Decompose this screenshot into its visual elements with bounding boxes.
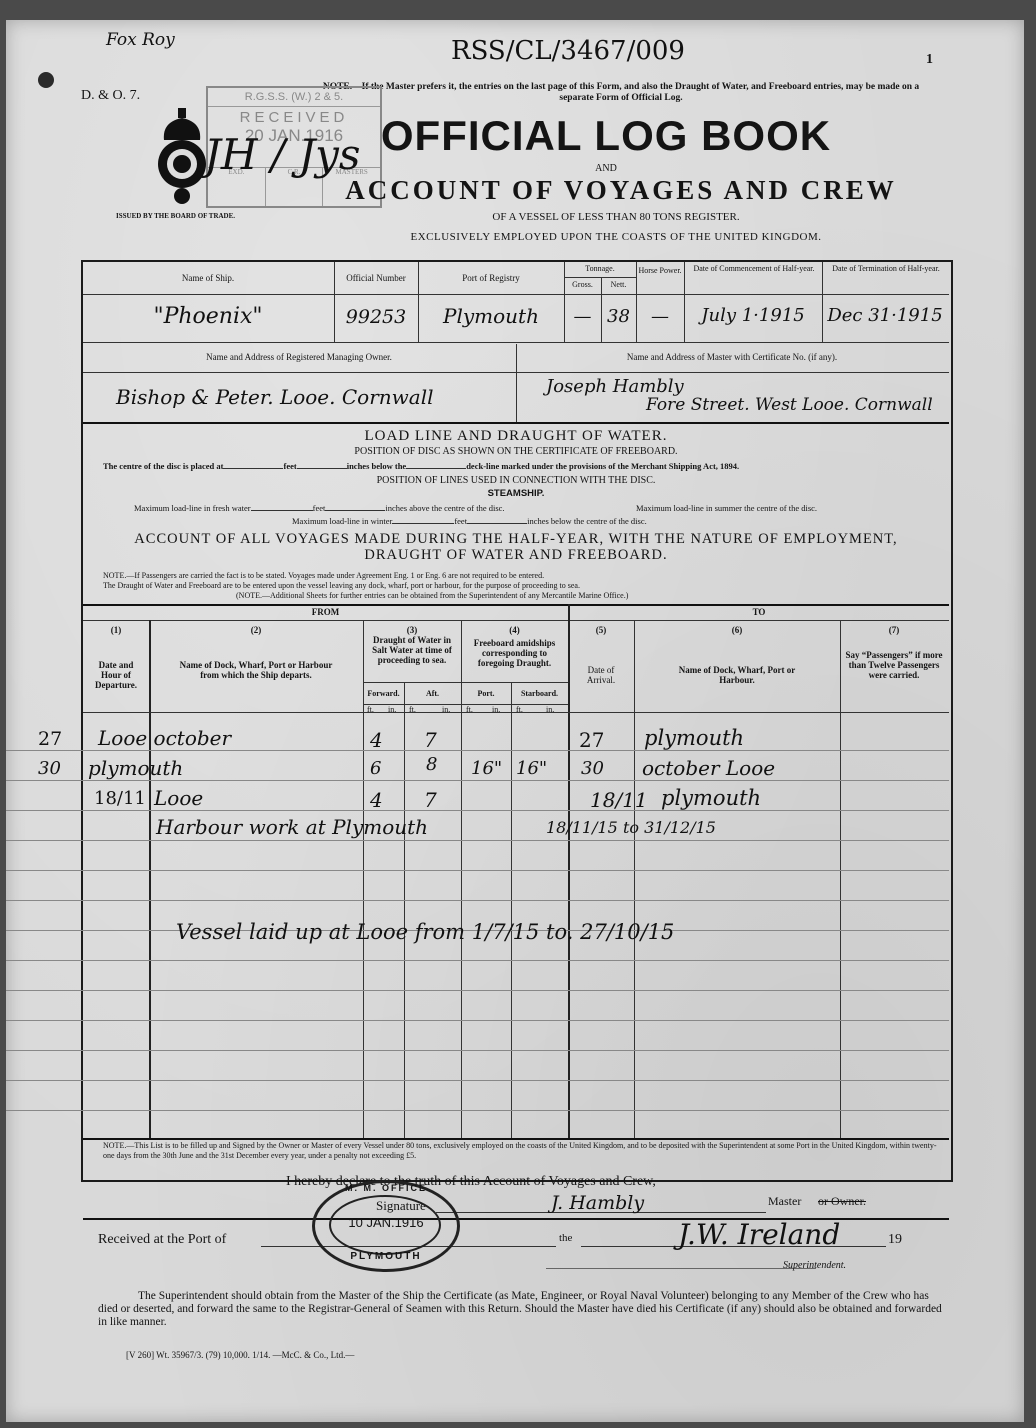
commencement-date-value: July 1·1915	[684, 305, 822, 326]
royal-crest-icon	[156, 108, 208, 206]
summer-line: Maximum load-line in summer the centre o…	[636, 503, 817, 513]
sub-forward: Forward.	[363, 689, 404, 698]
document-subtitle: ACCOUNT OF VOYAGES AND CREW	[316, 175, 926, 206]
header-note: NOTE.—If the Master prefers it, the entr…	[316, 82, 926, 104]
subtitle-line-2: EXCLUSIVELY EMPLOYED UPON THE COASTS OF …	[336, 231, 896, 243]
header-commencement: Date of Commencement of Half-year.	[688, 264, 820, 273]
unit-ft: ft.	[466, 705, 473, 714]
disc-position-line: The centre of the disc is placed atfeeti…	[103, 461, 739, 471]
voyages-note-3: (NOTE.—Additional Sheets for further ent…	[236, 591, 628, 600]
unit-in: in.	[388, 705, 396, 714]
unit-in: in.	[546, 705, 554, 714]
initials-signature: JH / Jys	[204, 130, 360, 179]
header-termination: Date of Termination of Half-year.	[826, 264, 946, 273]
header-net: Nett.	[601, 280, 636, 289]
col4-header: Freeboard amidships corresponding to for…	[463, 638, 566, 668]
col7-number: (7)	[840, 625, 948, 635]
header-horse-power: Horse Power.	[638, 266, 682, 275]
master-label: Name and Address of Master with Certific…	[516, 352, 948, 362]
ship-name-value: "Phoenix"	[83, 304, 333, 329]
net-tonnage-value: 38	[601, 306, 636, 327]
document-title: OFFICIAL LOG BOOK	[346, 112, 866, 160]
superintendent-label: Superintendent.	[783, 1260, 846, 1271]
form-code: D. & O. 7.	[81, 88, 140, 104]
sub-starboard: Starboard.	[511, 689, 568, 698]
disc-heading: POSITION OF DISC AS SHOWN ON THE CERTIFI…	[83, 446, 949, 457]
voyages-title: ACCOUNT OF ALL VOYAGES MADE DURING THE H…	[106, 531, 926, 563]
from-header: FROM	[83, 607, 568, 617]
issued-by: ISSUED BY THE BOARD OF TRADE.	[116, 212, 235, 220]
winter-line: Maximum load-line in winterfeetinches be…	[292, 516, 647, 526]
unit-ft: ft.	[367, 705, 374, 714]
header-ship-name: Name of Ship.	[83, 273, 333, 283]
superintendent-signature: J.W. Ireland	[678, 1218, 840, 1251]
owner-role-struck: or Owner.	[818, 1194, 866, 1209]
sub-port: Port.	[461, 689, 511, 698]
owner-value: Bishop & Peter. Looe. Cornwall	[116, 385, 433, 409]
col1-number: (1)	[83, 625, 149, 635]
unit-in: in.	[492, 705, 500, 714]
master-address-value: Fore Street. West Looe. Cornwall	[646, 395, 933, 415]
horse-power-value: —	[636, 306, 684, 327]
col2-number: (2)	[149, 625, 363, 635]
col6-header: Name of Dock, Wharf, Port or Harbour.	[664, 665, 810, 685]
header-gross: Gross.	[564, 280, 601, 289]
master-signature: J. Hambly	[551, 1192, 644, 1214]
header-port: Port of Registry	[418, 273, 564, 283]
handwritten-name-annotation: Fox Roy	[106, 30, 175, 50]
col6-number: (6)	[634, 625, 840, 635]
print-code: [V 260] Wt. 35967/3. (79) 10,000. 1/14. …	[126, 1350, 354, 1360]
reference-number: RSS/CL/3467/009	[451, 36, 685, 66]
col1-header: Date and Hour of Departure.	[88, 660, 144, 690]
page-number: 1	[926, 52, 933, 68]
year-prefix: 19	[888, 1232, 902, 1248]
gross-tonnage-value: —	[564, 306, 601, 327]
port-value: Plymouth	[418, 304, 564, 328]
col2-header: Name of Dock, Wharf, Port or Harbour fro…	[174, 660, 338, 680]
log-book-page: Fox Roy RSS/CL/3467/009 1 D. & O. 7. NOT…	[6, 20, 1024, 1422]
col7-header: Say “Passengers” if more than Twelve Pas…	[844, 650, 944, 680]
mm-office-stamp: M. M. OFFICE 10 JAN.1916 PLYMOUTH	[312, 1180, 460, 1272]
header-official-number: Official Number	[334, 273, 418, 283]
load-line-title: LOAD LINE AND DRAUGHT OF WATER.	[83, 428, 949, 445]
col3-header: Draught of Water in Salt Water at time o…	[365, 635, 459, 665]
unit-ft: ft.	[516, 705, 523, 714]
title-and: AND	[566, 163, 646, 174]
lines-heading: POSITION OF LINES USED IN CONNECTION WIT…	[83, 475, 949, 486]
steamship-label: STEAMSHIP.	[83, 488, 949, 499]
to-header: TO	[570, 607, 948, 617]
master-role-label: Master	[768, 1194, 801, 1209]
declaration-note: NOTE.—This List is to be filled up and S…	[103, 1141, 943, 1161]
termination-date-value: Dec 31·1915	[822, 305, 948, 326]
fresh-water-line: Maximum load-line in fresh waterfeetinch…	[134, 503, 505, 513]
received-port-label: Received at the Port of	[98, 1232, 226, 1248]
subtitle-line-1: OF A VESSEL OF LESS THAN 80 TONS REGISTE…	[336, 211, 896, 223]
voyages-note-2: The Draught of Water and Freeboard are t…	[103, 581, 580, 590]
received-date-label: the	[559, 1232, 572, 1244]
col5-number: (5)	[568, 625, 634, 635]
official-number-value: 99253	[334, 306, 418, 328]
col3-number: (3)	[363, 625, 461, 635]
unit-in: in.	[442, 705, 450, 714]
col4-number: (4)	[461, 625, 568, 635]
voyages-note-1: NOTE.—If Passengers are carried the fact…	[103, 571, 544, 580]
owner-label: Name and Address of Registered Managing …	[83, 352, 515, 362]
superintendent-instructions: The Superintendent should obtain from th…	[98, 1290, 943, 1329]
laid-up-remark: Vessel laid up at Looe from 1/7/15 to. 2…	[176, 920, 674, 944]
punch-hole	[38, 72, 54, 88]
unit-ft: ft.	[409, 705, 416, 714]
header-tonnage: Tonnage.	[564, 264, 636, 273]
col5-header: Date of Arrival.	[574, 665, 628, 685]
sub-aft: Aft.	[404, 689, 461, 698]
master-name-value: Joseph Hambly	[546, 376, 684, 397]
